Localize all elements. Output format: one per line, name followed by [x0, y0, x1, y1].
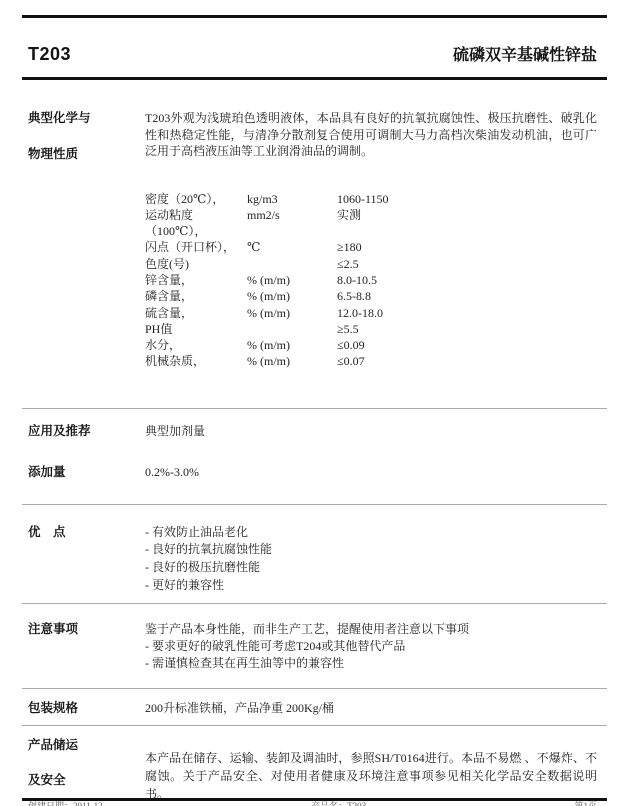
table-row: 水分， % (m/m) ≤0.09 [145, 337, 597, 353]
footer-center: 产品名：T203 [311, 801, 366, 806]
storage-label-line1: 产品储运 [28, 737, 145, 753]
table-row: 锌含量， % (m/m) 8.0-10.5 [145, 272, 597, 288]
property-unit: mm2/s [247, 207, 337, 240]
advantage-item: - 更好的兼容性 [145, 577, 597, 595]
divider [22, 408, 607, 409]
property-name: 磷含量， [145, 288, 247, 304]
section-application: 应用及推荐 典型加剂量 [28, 423, 597, 439]
table-row: 机械杂质， % (m/m) ≤0.07 [145, 353, 597, 369]
advantage-item: - 良好的抗氧抗腐蚀性能 [145, 541, 597, 559]
page-footer: 创建日期：2011-12 产品名：T203 第1页 [28, 801, 597, 806]
datasheet-page: T203 硫磷双辛基碱性锌盐 典型化学与 物理性质 T203外观为浅琥珀色透明液… [0, 0, 623, 806]
section-storage: 产品储运 及安全 本产品在储存、运输、装卸及调油时，参照SH/T0164进行。本… [28, 737, 597, 803]
property-value: ≥180 [337, 239, 597, 255]
header-bottom-rule [22, 77, 607, 80]
precautions-label: 注意事项 [28, 621, 145, 672]
table-row: 磷含量， % (m/m) 6.5-8.8 [145, 288, 597, 304]
property-name: PH值 [145, 321, 247, 337]
property-value: 8.0-10.5 [337, 272, 597, 288]
storage-text: 本产品在储存、运输、装卸及调油时，参照SH/T0164进行。本品不易燃 、不爆炸… [145, 749, 597, 803]
property-unit: % (m/m) [247, 288, 337, 304]
dosage-value: 0.2%-3.0% [145, 464, 597, 480]
advantages-list: - 有效防止油品老化 - 良好的抗氧抗腐蚀性能 - 良好的极压抗磨性能 - 更好… [145, 524, 597, 594]
divider [22, 688, 607, 689]
property-unit: ℃ [247, 239, 337, 255]
property-value: ≤0.09 [337, 337, 597, 353]
section-properties: 典型化学与 物理性质 T203外观为浅琥珀色透明液体，本品具有良好的抗氧抗腐蚀性… [28, 110, 597, 370]
property-name: 硫含量， [145, 305, 247, 321]
product-code: T203 [28, 44, 71, 65]
storage-content: 本产品在储存、运输、装卸及调油时，参照SH/T0164进行。本品不易燃 、不爆炸… [145, 737, 597, 803]
table-row: PH值 ≥5.5 [145, 321, 597, 337]
property-unit: % (m/m) [247, 353, 337, 369]
property-value: ≥5.5 [337, 321, 597, 337]
property-value: ≤0.07 [337, 353, 597, 369]
precaution-line: - 需谨慎检查其在再生油等中的兼容性 [145, 655, 597, 672]
property-name: 闪点（开口杯）， [145, 239, 247, 255]
section-dosage: 添加量 0.2%-3.0% [28, 464, 597, 480]
property-unit: % (m/m) [247, 272, 337, 288]
footer-left: 创建日期：2011-12 [28, 801, 103, 806]
table-row: 闪点（开口杯）， ℃ ≥180 [145, 239, 597, 255]
application-label: 应用及推荐 [28, 423, 145, 439]
property-unit: % (m/m) [247, 305, 337, 321]
advantages-label: 优 点 [28, 524, 145, 594]
property-name: 水分， [145, 337, 247, 353]
section-packaging: 包装规格 200升标准铁桶，产品净重 200Kg/桶 [28, 700, 597, 716]
packaging-label: 包装规格 [28, 700, 145, 716]
document-header: T203 硫磷双辛基碱性锌盐 [28, 18, 597, 77]
product-title: 硫磷双辛基碱性锌盐 [453, 42, 597, 65]
properties-label: 典型化学与 物理性质 [28, 110, 145, 370]
packaging-value: 200升标准铁桶，产品净重 200Kg/桶 [145, 700, 597, 716]
precautions-list: 鉴于产品本身性能，而非生产工艺，提醒使用者注意以下事项 - 要求更好的破乳性能可… [145, 621, 597, 672]
properties-label-line1: 典型化学与 [28, 110, 145, 126]
table-row: 色度(号) ≤2.5 [145, 256, 597, 272]
table-row: 运动粘度（100℃）， mm2/s 实测 [145, 207, 597, 240]
properties-content: T203外观为浅琥珀色透明液体，本品具有良好的抗氧抗腐蚀性、极压抗磨性、破乳化性… [145, 110, 597, 370]
properties-description: T203外观为浅琥珀色透明液体，本品具有良好的抗氧抗腐蚀性、极压抗磨性、破乳化性… [145, 110, 597, 160]
divider [22, 603, 607, 604]
properties-label-line2: 物理性质 [28, 146, 145, 162]
precaution-line: - 要求更好的破乳性能可考虑T204或其他替代产品 [145, 638, 597, 655]
property-name: 运动粘度（100℃）， [145, 207, 247, 240]
application-value: 典型加剂量 [145, 423, 597, 439]
advantage-item: - 有效防止油品老化 [145, 524, 597, 542]
property-value: 1060-1150 [337, 191, 597, 207]
property-name: 机械杂质， [145, 353, 247, 369]
property-unit: kg/m3 [247, 191, 337, 207]
property-unit: % (m/m) [247, 337, 337, 353]
property-name: 色度(号) [145, 256, 247, 272]
precaution-line: 鉴于产品本身性能，而非生产工艺，提醒使用者注意以下事项 [145, 621, 597, 638]
property-name: 锌含量， [145, 272, 247, 288]
property-value: 12.0-18.0 [337, 305, 597, 321]
property-name: 密度（20℃）， [145, 191, 247, 207]
footer-right: 第1页 [574, 801, 597, 806]
properties-table: 密度（20℃）， kg/m3 1060-1150 运动粘度（100℃）， mm2… [145, 191, 597, 370]
property-value: 6.5-8.8 [337, 288, 597, 304]
property-value: ≤2.5 [337, 256, 597, 272]
divider [22, 504, 607, 505]
table-row: 硫含量， % (m/m) 12.0-18.0 [145, 305, 597, 321]
property-value: 实测 [337, 207, 597, 240]
dosage-label: 添加量 [28, 464, 145, 480]
property-unit [247, 321, 337, 337]
advantage-item: - 良好的极压抗磨性能 [145, 559, 597, 577]
property-unit [247, 256, 337, 272]
section-advantages: 优 点 - 有效防止油品老化 - 良好的抗氧抗腐蚀性能 - 良好的极压抗磨性能 … [28, 524, 597, 594]
storage-label: 产品储运 及安全 [28, 737, 145, 803]
divider [22, 725, 607, 726]
storage-label-line2: 及安全 [28, 772, 145, 788]
section-precautions: 注意事项 鉴于产品本身性能，而非生产工艺，提醒使用者注意以下事项 - 要求更好的… [28, 621, 597, 672]
table-row: 密度（20℃）， kg/m3 1060-1150 [145, 191, 597, 207]
